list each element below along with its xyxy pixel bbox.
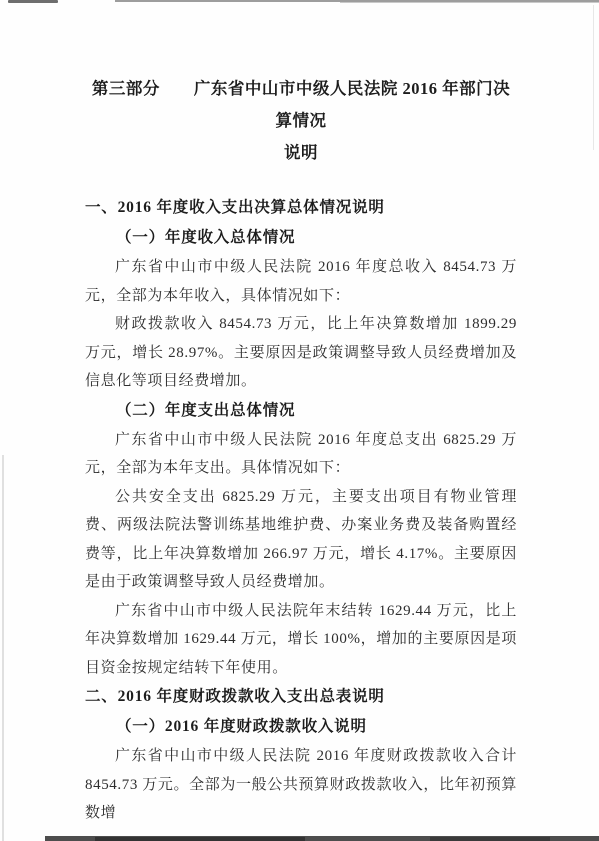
document-body: 第三部分 广东省中山市中级人民法院 2016 年部门决算情况 说明 一、2016… xyxy=(85,73,517,828)
section-2-subsection-1-heading: （一）2016 年度财政拨款收入说明 xyxy=(85,712,517,742)
scan-artifact-left-edge xyxy=(2,455,4,841)
scanned-document-page: 第三部分 广东省中山市中级人民法院 2016 年部门决算情况 说明 一、2016… xyxy=(0,0,599,841)
scan-artifact-bottom-edge xyxy=(45,836,599,841)
paragraph-truncated-at-page-end: 广东省中山市中级人民法院 2016 年度财政拨款收入合计 8454.73 万元。… xyxy=(85,742,517,828)
scan-artifact-top-edge xyxy=(115,0,599,2)
paragraph: 公共安全支出 6825.29 万元，主要支出项目有物业管理费、两级法院法警训练基… xyxy=(85,483,517,597)
paragraph: 广东省中山市中级人民法院 2016 年度总支出 6825.29 万元，全部为本年… xyxy=(85,426,517,483)
document-title-line-2: 说明 xyxy=(85,137,517,169)
scan-artifact-top-fade xyxy=(340,2,599,3)
section-1-subsection-2-heading: （二）年度支出总体情况 xyxy=(85,396,517,426)
paragraph: 广东省中山市中级人民法院年末结转 1629.44 万元，比上年决算数增加 162… xyxy=(85,597,517,683)
scan-artifact-top-left xyxy=(8,0,58,3)
scan-artifact-bottom-dark-segment xyxy=(95,837,305,841)
scan-artifact-right-edge xyxy=(593,5,594,150)
document-title-line-1: 第三部分 广东省中山市中级人民法院 2016 年部门决算情况 xyxy=(85,73,517,137)
document-title: 第三部分 广东省中山市中级人民法院 2016 年部门决算情况 说明 xyxy=(85,73,517,169)
scan-artifact-bottom-dark-segment-2 xyxy=(430,837,550,841)
section-2-heading: 二、2016 年度财政拨款收入支出总表说明 xyxy=(85,682,517,712)
paragraph: 广东省中山市中级人民法院 2016 年度总收入 8454.73 万元，全部为本年… xyxy=(85,253,517,310)
section-1-subsection-1-heading: （一）年度收入总体情况 xyxy=(85,223,517,253)
section-1-heading: 一、2016 年度收入支出决算总体情况说明 xyxy=(85,193,517,223)
paragraph: 财政拨款收入 8454.73 万元，比上年决算数增加 1899.29 万元，增长… xyxy=(85,310,517,396)
